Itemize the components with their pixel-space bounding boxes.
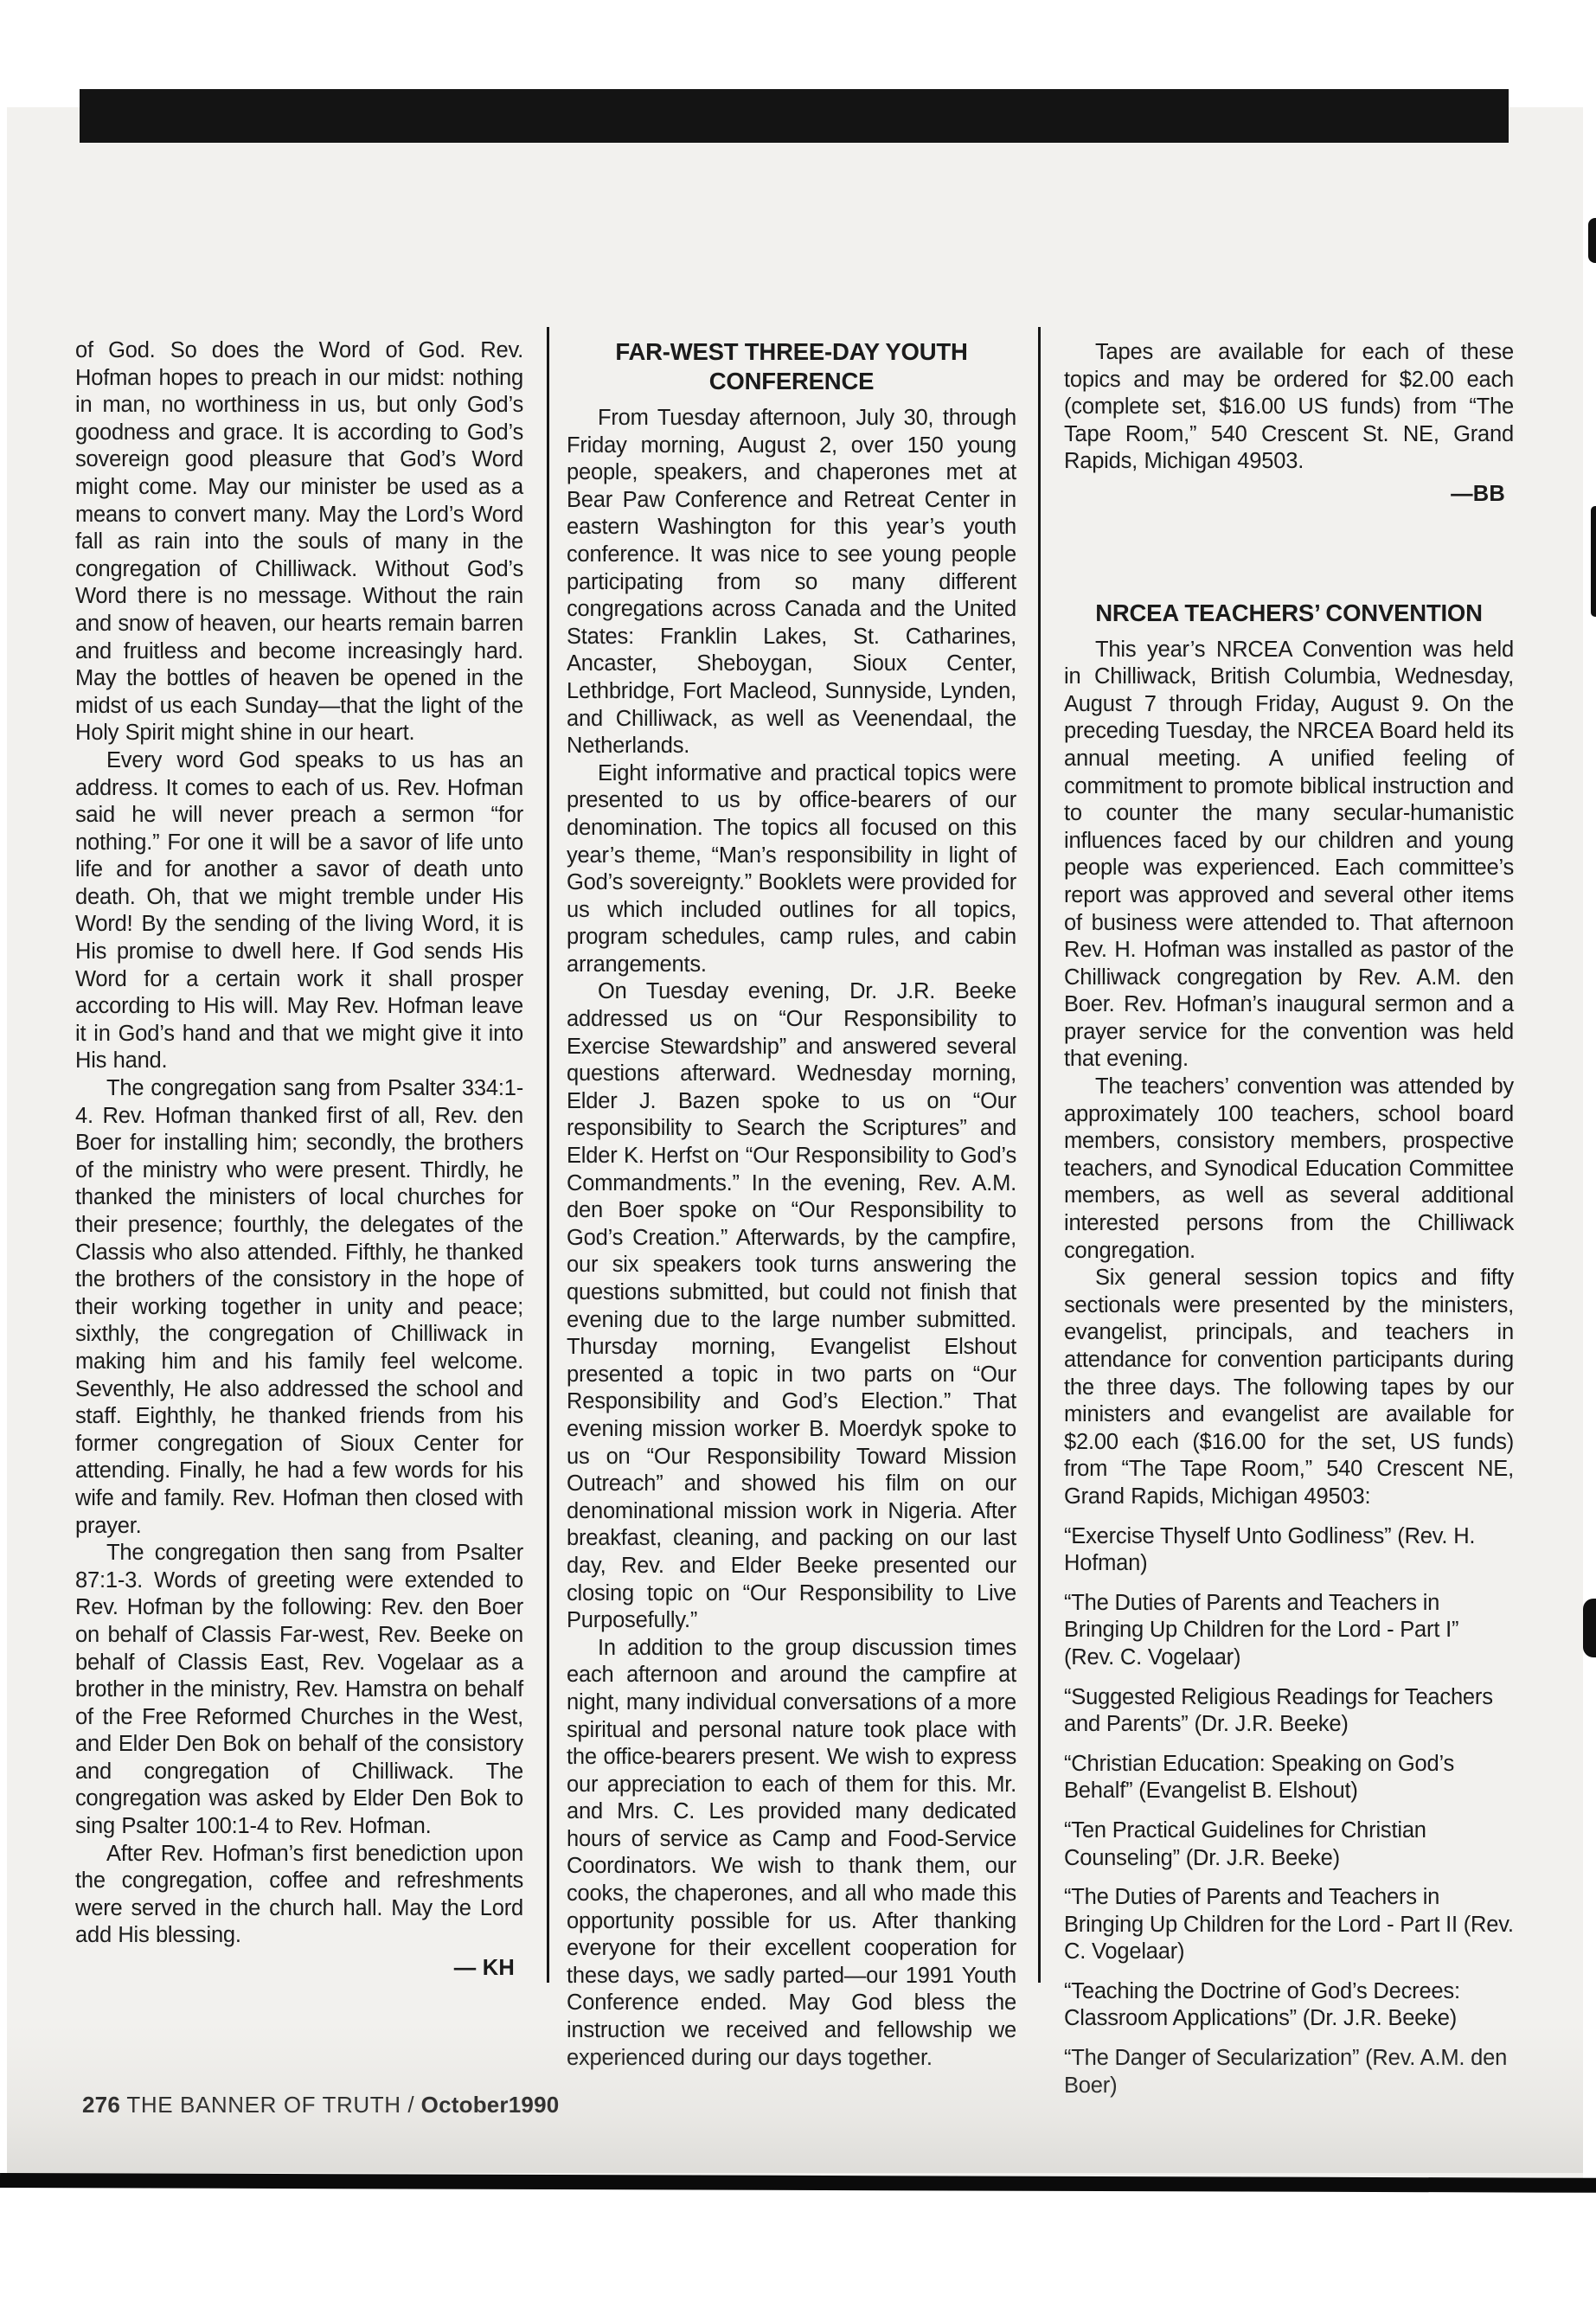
paragraph: Six general session topics and fifty sec… <box>1064 1265 1514 1510</box>
paragraph: Every word God speaks to us has an addre… <box>75 747 523 1075</box>
paragraph: The congregation sang from Psalter 334:1… <box>75 1075 523 1540</box>
paragraph: From Tuesday afternoon, July 30, through… <box>567 405 1016 760</box>
author-initials: — KH <box>75 1955 523 1983</box>
column-divider-left <box>547 327 549 1983</box>
paragraph: On Tuesday evening, Dr. J.R. Beeke addre… <box>567 978 1016 1634</box>
tape-list-item: “Suggested Religious Readings for Teache… <box>1064 1684 1514 1739</box>
column-nrcea-article: Tapes are available for each of these to… <box>1064 339 1514 2099</box>
scan-artifact-right-edge <box>1591 506 1596 617</box>
article-heading-youth-conference: FAR-WEST THREE-DAY YOUTH CONFERENCE <box>567 337 1016 396</box>
tape-list-item: “The Duties of Parents and Teachers in B… <box>1064 1884 1514 1966</box>
paragraph: Tapes are available for each of these to… <box>1064 339 1514 476</box>
paragraph: of God. So does the Word of God. Rev. Ho… <box>75 337 523 747</box>
tape-list-item: “Exercise Thyself Unto Godliness” (Rev. … <box>1064 1523 1514 1578</box>
author-initials: —BB <box>1064 481 1514 509</box>
scan-shadow-mottle <box>7 2024 1583 2173</box>
paragraph: The teachers’ convention was attended by… <box>1064 1074 1514 1265</box>
article-heading-nrcea: NRCEA TEACHERS’ CONVENTION <box>1064 599 1514 628</box>
column-installation-article: of God. So does the Word of God. Rev. Ho… <box>75 337 523 1983</box>
masthead-bar <box>80 89 1509 143</box>
paragraph: Eight informative and practical topics w… <box>567 760 1016 979</box>
magazine-page-scan: of God. So does the Word of God. Rev. Ho… <box>0 0 1596 2301</box>
tape-list-item: “The Duties of Parents and Teachers in B… <box>1064 1590 1514 1672</box>
paragraph: After Rev. Hofman’s first benediction up… <box>75 1841 523 1950</box>
paragraph: This year’s NRCEA Convention was held in… <box>1064 637 1514 1074</box>
tape-list-item: “Christian Education: Speaking on God’s … <box>1064 1751 1514 1805</box>
scan-artifact-right-edge <box>1588 218 1596 263</box>
paragraph: In addition to the group discussion time… <box>567 1635 1016 2073</box>
scan-artifact-right-edge <box>1583 1599 1596 1657</box>
paragraph: The congregation then sang from Psalter … <box>75 1540 523 1841</box>
tape-list-item: “Ten Practical Guidelines for Christian … <box>1064 1817 1514 1872</box>
column-divider-right <box>1038 327 1041 1983</box>
column-youth-conference-article: FAR-WEST THREE-DAY YOUTH CONFERENCE From… <box>567 337 1016 2072</box>
